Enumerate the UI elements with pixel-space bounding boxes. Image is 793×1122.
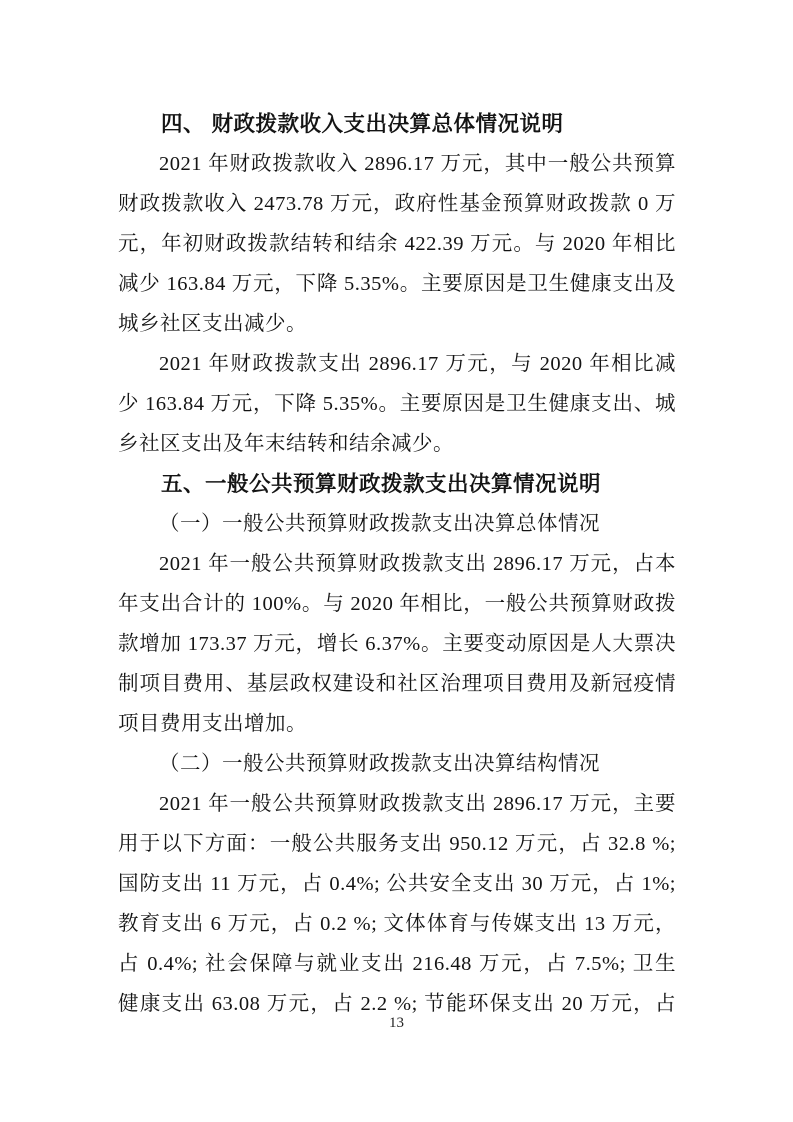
paragraph-line: 教育支出 6 万元，占 0.2 %; 文体体育与传媒支出 13 万元， (118, 904, 676, 944)
paragraph-line: 2021 年财政拨款支出 2896.17 万元，与 2020 年相比减 (118, 344, 676, 384)
page-number: 13 (0, 1012, 793, 1034)
section-heading: 五、一般公共预算财政拨款支出决算情况说明 (118, 464, 676, 504)
paragraph-line: 用于以下方面：一般公共服务支出 950.12 万元，占 32.8 %; (118, 824, 676, 864)
paragraph-line: 乡社区支出及年末结转和结余减少。 (118, 424, 676, 464)
paragraph-line: 少 163.84 万元，下降 5.35%。主要原因是卫生健康支出、城 (118, 384, 676, 424)
paragraph-line: 款增加 173.37 万元，增长 6.37%。主要变动原因是人大票决 (118, 624, 676, 664)
section-heading: 四、 财政拨款收入支出决算总体情况说明 (118, 104, 676, 144)
paragraph-line: 城乡社区支出减少。 (118, 304, 676, 344)
paragraph-line: 项目费用支出增加。 (118, 704, 676, 744)
paragraph-line: 财政拨款收入 2473.78 万元，政府性基金预算财政拨款 0 万 (118, 184, 676, 224)
paragraph-line: 年支出合计的 100%。与 2020 年相比，一般公共预算财政拨 (118, 584, 676, 624)
paragraph-line: 制项目费用、基层政权建设和社区治理项目费用及新冠疫情 (118, 664, 676, 704)
document-page: 四、 财政拨款收入支出决算总体情况说明2021 年财政拨款收入 2896.17 … (0, 0, 793, 1122)
paragraph-line: 2021 年财政拨款收入 2896.17 万元，其中一般公共预算 (118, 144, 676, 184)
paragraph-line: 减少 163.84 万元，下降 5.35%。主要原因是卫生健康支出及 (118, 264, 676, 304)
sub-heading: （二）一般公共预算财政拨款支出决算结构情况 (118, 744, 676, 784)
paragraph-line: 占 0.4%; 社会保障与就业支出 216.48 万元，占 7.5%; 卫生 (118, 944, 676, 984)
paragraph-line: 国防支出 11 万元，占 0.4%; 公共安全支出 30 万元，占 1%; (118, 864, 676, 904)
paragraph-line: 2021 年一般公共预算财政拨款支出 2896.17 万元，主要 (118, 784, 676, 824)
document-body: 四、 财政拨款收入支出决算总体情况说明2021 年财政拨款收入 2896.17 … (118, 104, 676, 1024)
sub-heading: （一）一般公共预算财政拨款支出决算总体情况 (118, 504, 676, 544)
paragraph-line: 元，年初财政拨款结转和结余 422.39 万元。与 2020 年相比 (118, 224, 676, 264)
paragraph-line: 2021 年一般公共预算财政拨款支出 2896.17 万元，占本 (118, 544, 676, 584)
